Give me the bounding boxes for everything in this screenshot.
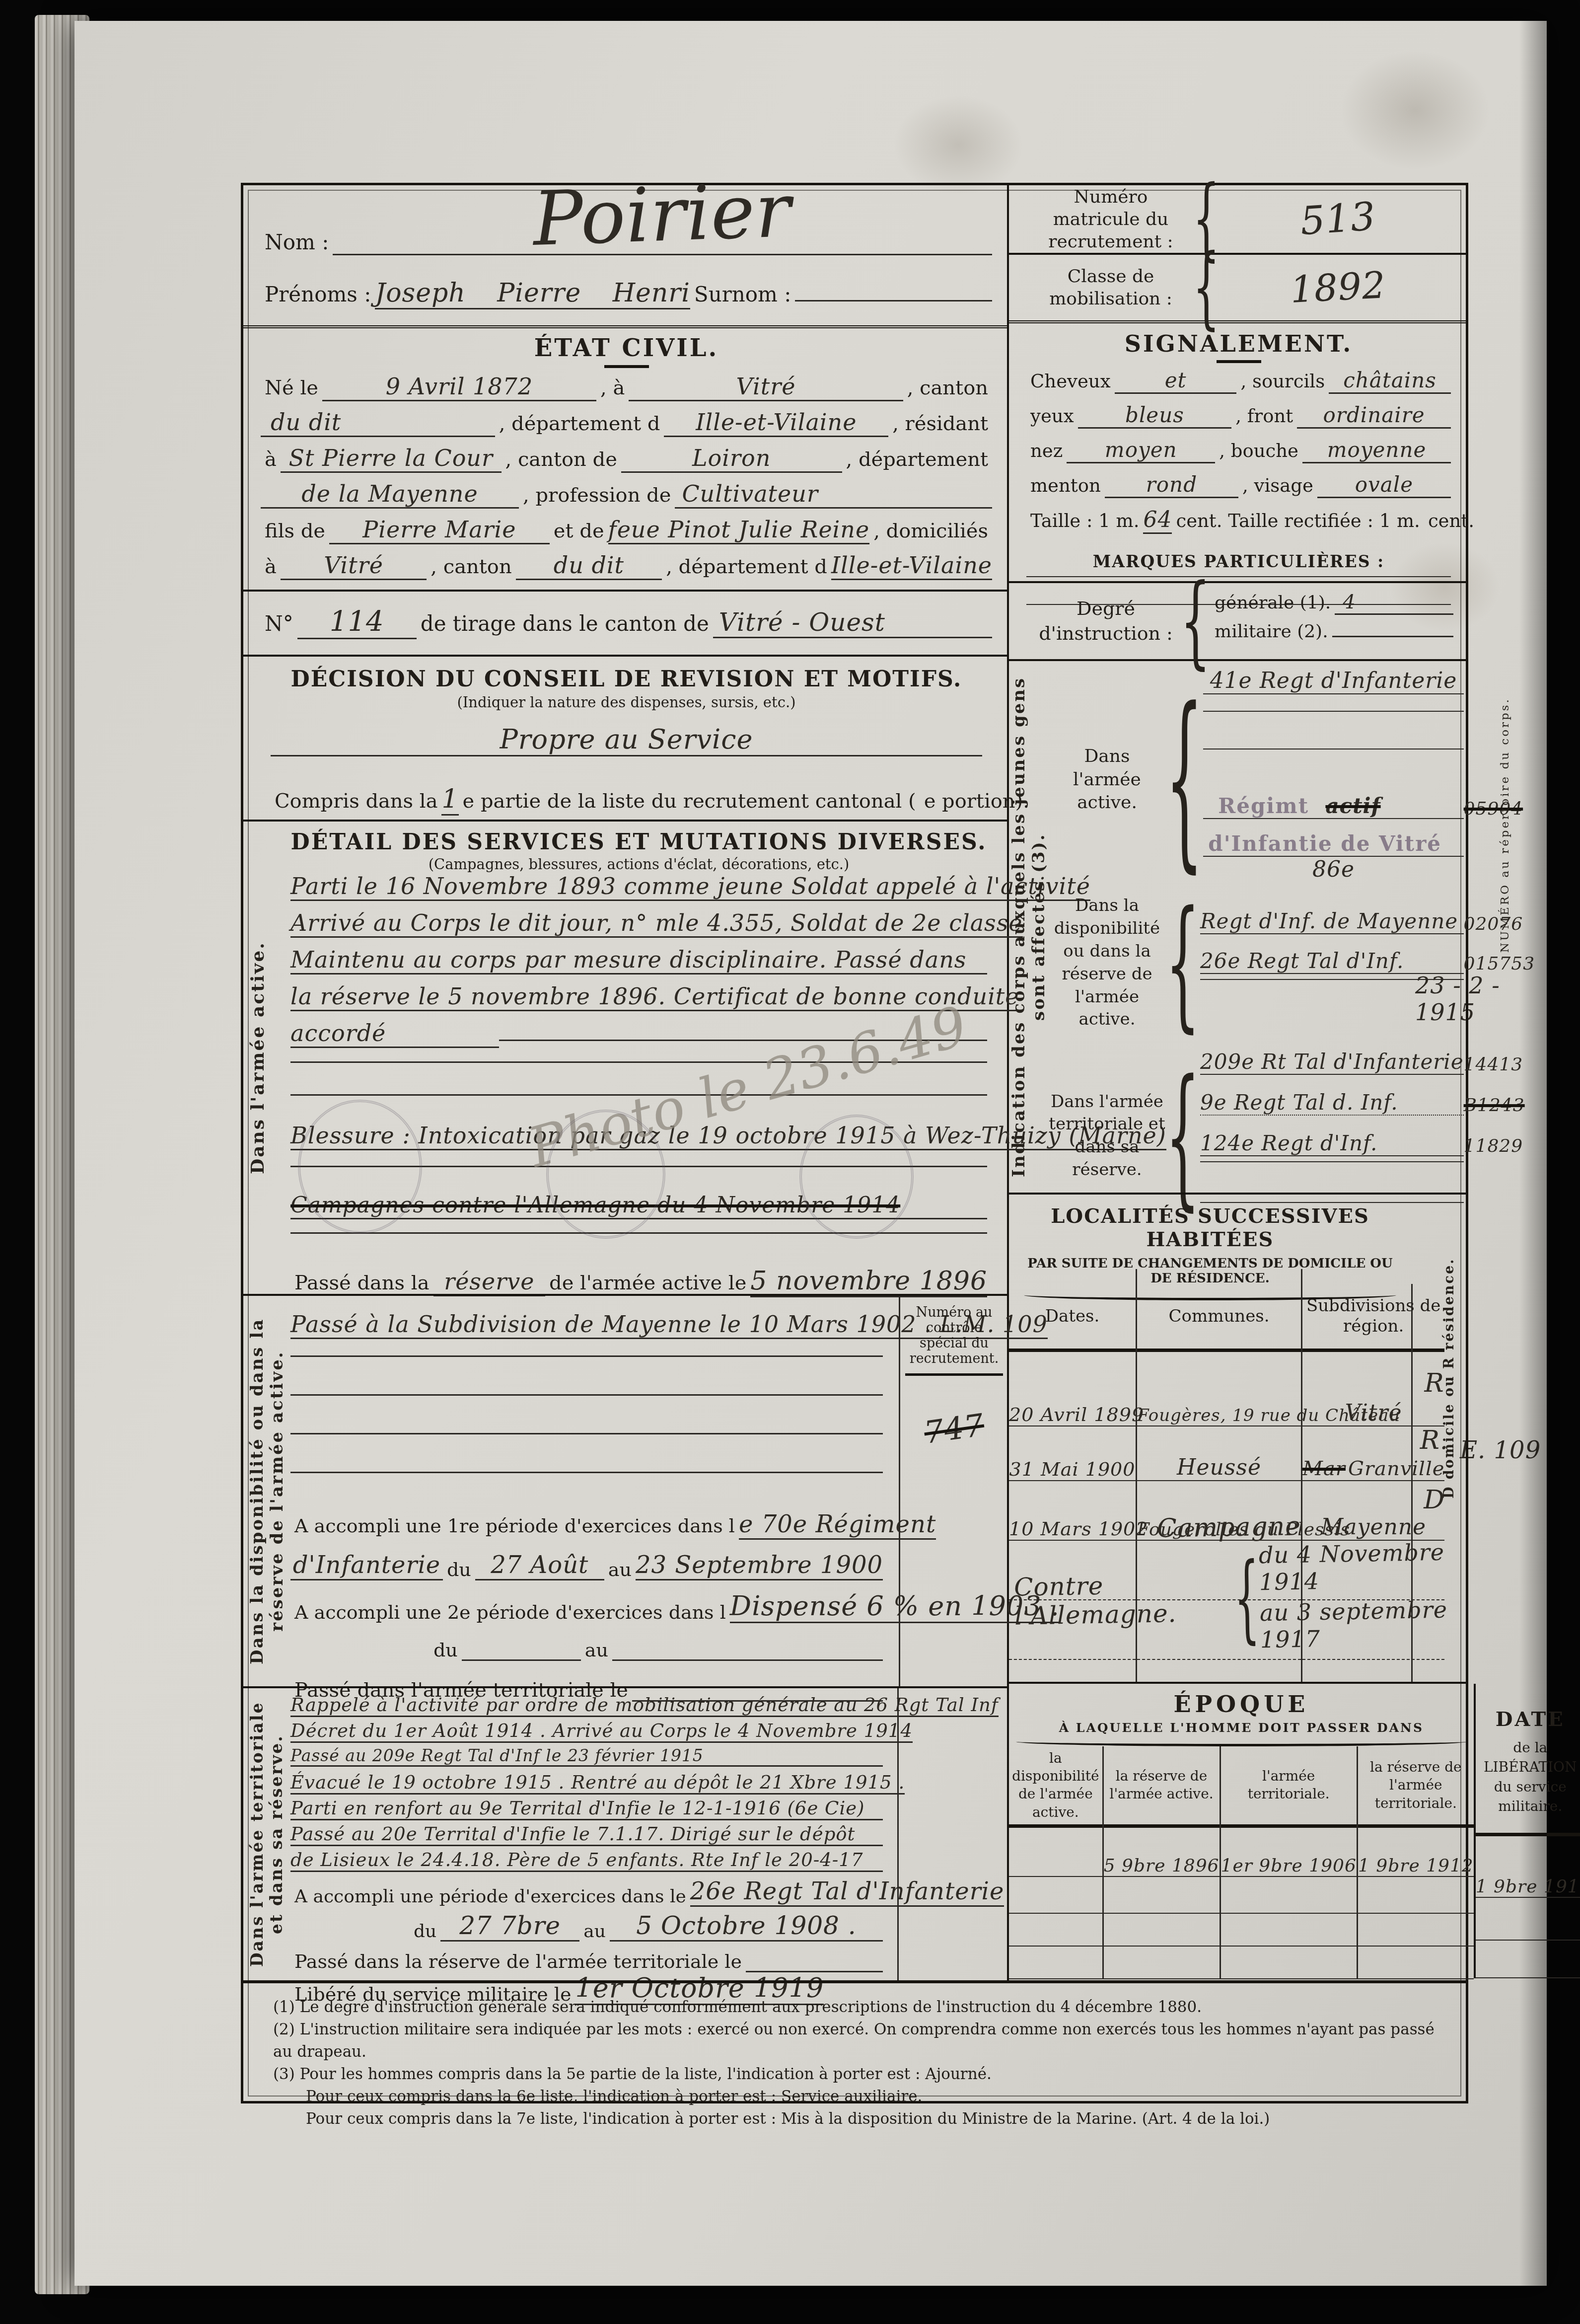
- localites-title: LOCALITÉS SUCCESSIVES HABITÉES: [1019, 1204, 1401, 1251]
- etat-civil-section: ÉTAT CIVIL. Né le 9 Avril 1872 , à Vitré…: [243, 325, 1007, 590]
- terr-periode-end: 5 Octobre 1908 .: [610, 1911, 883, 1942]
- controle-strip: Numéro au contrôle spécial du recrutemen…: [899, 1296, 1007, 1686]
- matricule-block: Numéro matricule du recrutement : { 513: [1009, 185, 1466, 255]
- corps-row-num-struck: B1243: [1464, 1095, 1528, 1116]
- services-section: Dans l'armée active. DÉTAIL DES SERVICES…: [243, 820, 1007, 1294]
- compris-mid-label: e partie de la liste du recrutement cant…: [459, 790, 920, 813]
- disponibilite-section: Dans la disponibilité ou dans la réserve…: [243, 1294, 1007, 1686]
- passe-reserve-date: 5 novembre 1896: [750, 1266, 987, 1297]
- corps-dispo-group: Dans la disponibilité ou dans la réserve…: [1049, 895, 1528, 1031]
- corps-row-text: 26e Regt Tal d'Inf.: [1200, 949, 1464, 974]
- compris-value: 1: [441, 784, 458, 816]
- instruction-label: Degré d'instruction :: [1031, 597, 1180, 646]
- decision-subtitle: (Indiquer la nature des dispenses, sursi…: [271, 694, 982, 711]
- et-de-label: et de: [550, 520, 608, 542]
- terr-line: Décret du 1er Août 1914 . Arrivé au Corp…: [290, 1720, 913, 1743]
- epoque-value: 1er 9bre 1906: [1221, 1856, 1357, 1877]
- canton3-label: , canton: [427, 555, 515, 578]
- decision-value: Propre au Service: [271, 724, 982, 756]
- ruled-line: [290, 1350, 883, 1357]
- ruled-line: [290, 1389, 883, 1396]
- nom-value: Poirier: [532, 181, 792, 249]
- terr-au-label: au: [579, 1921, 610, 1942]
- yeux-label: yeux: [1026, 405, 1078, 427]
- departement3-label: , département d: [662, 555, 831, 578]
- sourcils-label: , sourcils: [1236, 371, 1329, 392]
- epoque-col-2: la réserve de l'armée active. 5 9bre 189…: [1104, 1746, 1221, 1979]
- corps-company-value: 86e: [1203, 857, 1463, 882]
- decision-title: DÉCISION DU CONSEIL DE REVISION ET MOTIF…: [271, 667, 982, 692]
- signalement-section: SIGNALEMENT. Cheveux et , sourcils châta…: [1009, 323, 1466, 583]
- domicilies-label: , domiciliés: [869, 520, 992, 542]
- campagne-start: du 4 Novembre 1914: [1259, 1538, 1466, 1595]
- terr-line: Parti en renfort au 9e Territal d'Infie …: [290, 1798, 883, 1820]
- terr-line: Passé au 209e Regt Tal d'Inf le 23 févri…: [290, 1746, 883, 1767]
- numero-tirage-label: N°: [261, 611, 297, 636]
- cheveux-value: et: [1115, 368, 1237, 394]
- numero-tirage-value: 114: [297, 605, 417, 639]
- service-line: accordé: [290, 1020, 499, 1048]
- residence-value: St Pierre la Cour: [281, 445, 502, 473]
- yeux-value: bleus: [1078, 403, 1232, 429]
- terr-line: de Lisieux le 24.4.18. Père de 5 enfants…: [290, 1849, 883, 1872]
- corps-section: Indication des corps auxquels les jeunes…: [1009, 661, 1466, 1193]
- stamp-actif-struck: actif: [1325, 794, 1380, 818]
- passe-reserve-value1: réserve: [433, 1268, 546, 1296]
- surnom-label: Surnom :: [690, 282, 795, 306]
- service-line: Arrivé au Corps le dit jour, n° mle 4.35…: [290, 909, 1023, 938]
- footnote-2: (2) L'instruction militaire sera indiqué…: [273, 2019, 1446, 2063]
- passe-reserve-mid: de l'armée active le: [545, 1272, 750, 1294]
- terr-line: Évacué le 19 octobre 1915 . Rentré au dé…: [290, 1772, 905, 1795]
- corps-row-num: 11829: [1464, 1136, 1528, 1156]
- compris-label: Compris dans la: [271, 790, 441, 813]
- epoque-col-header: l'armée territoriale.: [1221, 1746, 1357, 1828]
- taille-rectifiee-label: cent. Taille rectifiée : 1 m.: [1172, 510, 1424, 531]
- footnote-3: (3) Pour les hommes compris dans la 5e p…: [273, 2063, 1446, 2086]
- epoque-section: ÉPOQUE À LAQUELLE L'HOMME DOIT PASSER DA…: [1009, 1682, 1466, 1978]
- campagne-target: Contre l'Allemagne.: [1014, 1569, 1225, 1630]
- a-label: , à: [596, 376, 629, 399]
- epoque-value: 1 9bre 1912: [1358, 1856, 1474, 1877]
- territoriale-section: Dans l'armée territoriale et dans sa rés…: [243, 1686, 1007, 1980]
- cent-label: cent.: [1424, 510, 1478, 531]
- classe-block: Classe de mobilisation : { 1892: [1009, 255, 1466, 323]
- loc-date: 20 Avril 1899: [1009, 1404, 1144, 1426]
- prenoms-label: Prénoms :: [261, 282, 375, 306]
- cheveux-label: Cheveux: [1026, 371, 1115, 392]
- taille-value: 64: [1143, 507, 1172, 534]
- tirage-block: N° 114 de tirage dans le canton de Vitré…: [243, 590, 1007, 655]
- regiment-stamp-line2: d'Infantie de Vitré: [1203, 831, 1463, 857]
- ruled-blank: [462, 1654, 581, 1661]
- campagne-end: au 3 septembre 1917: [1260, 1596, 1467, 1653]
- epoque-col-1: la disponibilité de l'armée active.: [1009, 1746, 1104, 1979]
- front-value: ordinaire: [1297, 403, 1451, 429]
- terr-reserve-label: Passé dans la réserve de l'armée territo…: [290, 1950, 746, 1972]
- au2-label: au: [581, 1639, 612, 1661]
- classe-value: 1892: [1219, 260, 1457, 315]
- localites-section: LOCALITÉS SUCCESSIVES HABITÉES PAR SUITE…: [1009, 1193, 1466, 1682]
- corps-active-label: Dans l'armée active.: [1049, 745, 1165, 815]
- departement2-label: , département: [842, 448, 992, 471]
- canton-residence-value: Loiron: [621, 445, 842, 473]
- parents-departement-value: Ille-et-Vilaine: [831, 552, 992, 580]
- father-name-value: Pierre Marie: [329, 516, 550, 544]
- corps-row-text: 209e Rt Tal d'Infanterie: [1200, 1050, 1464, 1075]
- margin-note-e109: E. 109: [1460, 1436, 1541, 1464]
- matricule-label: Numéro matricule du recrutement :: [1029, 186, 1193, 253]
- departement-residence-value: de la Mayenne: [261, 480, 519, 509]
- instruction-generale-value: 4: [1335, 591, 1453, 615]
- postal-stamp: [298, 1100, 422, 1234]
- instruction-block: Degré d'instruction : { générale (1). 4 …: [1009, 583, 1466, 661]
- profession-label: , profession de: [519, 484, 675, 507]
- service-line: Maintenu au corps par mesure disciplinai…: [290, 946, 987, 975]
- ruled-blank: [746, 1966, 883, 1972]
- signalement-title: SIGNALEMENT.: [1026, 330, 1451, 357]
- canton-de-label: , canton de: [502, 448, 621, 471]
- terr-du-label: du: [410, 1921, 440, 1942]
- footnote-1: (1) Le degré d'instruction générale sera…: [273, 1996, 1446, 2019]
- title-dash: [604, 365, 649, 368]
- corps-row-text: 9e Regt Tal d. Inf.: [1200, 1090, 1464, 1116]
- residence-a-label: à: [261, 448, 281, 471]
- terr-periode-start: 27 7bre: [440, 1911, 579, 1942]
- epoque-col-header: la réserve de l'armée active.: [1104, 1746, 1220, 1828]
- periode1-regiment2: d'Infanterie: [290, 1551, 443, 1580]
- marques-label: MARQUES PARTICULIÈRES :: [1026, 552, 1451, 571]
- swash-rule: [1016, 1737, 1467, 1746]
- front-label: , front: [1231, 405, 1297, 427]
- scanned-page: 23 - 2 - 1915 E. 109 Nom : Poirier Préno…: [74, 21, 1547, 2286]
- au-label: au: [604, 1559, 636, 1580]
- epoque-date-col: DATE de la LIBÉRATION du service militai…: [1474, 1684, 1580, 1978]
- ruled-blank: [612, 1654, 883, 1661]
- brace: {: [1233, 1542, 1261, 1653]
- matricule-value: 513: [1219, 189, 1457, 250]
- services-subtitle: (Campagnes, blessures, actions d'éclat, …: [290, 856, 987, 873]
- name-block: Nom : Poirier Prénoms : Joseph Pierre He…: [243, 185, 1007, 325]
- footnote-4: Pour ceux compris dans la 6e liste, l'in…: [273, 2086, 1446, 2108]
- du2-label: du: [430, 1639, 462, 1661]
- campagne-word: Campagne: [1157, 1508, 1465, 1544]
- surnom-value-blank: [795, 295, 992, 301]
- instruction-generale-label: générale (1).: [1211, 593, 1335, 613]
- ruled-line: [290, 1467, 883, 1473]
- controle-label: Numéro au contrôle spécial du recrutemen…: [905, 1305, 1003, 1376]
- campagne-overlay: Campagne Contre l'Allemagne. { du 4 Nove…: [1008, 1508, 1467, 1657]
- ne-le-label: Né le: [261, 376, 322, 399]
- epoque-title: ÉPOQUE: [1009, 1691, 1474, 1718]
- corps-active-group: Dans l'armée active. { 41e Regt d'Infant…: [1049, 668, 1528, 892]
- passe-reserve-label: Passé dans la: [290, 1272, 433, 1294]
- visage-value: ovale: [1317, 472, 1451, 498]
- ruled-line: [290, 1428, 883, 1434]
- loc-subdiv-struck: Mar: [1302, 1457, 1346, 1480]
- right-column: Numéro matricule du recrutement : { 513 …: [1009, 185, 1466, 1980]
- du-label: du: [443, 1559, 475, 1580]
- corps-side-label: Indication des corps auxquels les jeunes…: [1009, 661, 1049, 1193]
- footnote-5: Pour ceux compris dans la 7e liste, l'in…: [273, 2108, 1446, 2130]
- epoque-subtitle: À LAQUELLE L'HOMME DOIT PASSER DANS: [1009, 1721, 1474, 1735]
- brace: {: [1165, 880, 1200, 1046]
- corps-row-num: 02076: [1464, 914, 1528, 934]
- taille-label: Taille : 1 m.: [1026, 510, 1143, 531]
- bouche-label: , bouche: [1215, 440, 1302, 461]
- matricule-form: Nom : Poirier Prénoms : Joseph Pierre He…: [241, 183, 1468, 2103]
- canton-label: , canton: [903, 376, 992, 399]
- brace: {: [1165, 670, 1203, 891]
- dispo-side-label: Dans la disponibilité ou dans la réserve…: [247, 1296, 287, 1686]
- menton-label: menton: [1026, 475, 1105, 496]
- loc-dr: R.: [1413, 1425, 1456, 1455]
- nez-value: moyen: [1067, 438, 1215, 463]
- date-title: DATE: [1496, 1708, 1565, 1731]
- bouche-value: moyenne: [1302, 438, 1451, 463]
- postal-stamp: [799, 1115, 914, 1239]
- epoque-col-header: la réserve de l'armée territoriale.: [1358, 1746, 1474, 1828]
- epoque-col-3: l'armée territoriale. 1er 9bre 1906: [1221, 1746, 1358, 1979]
- mother-name-value: feue Pinot Julie Reine: [608, 516, 870, 544]
- periode1-end: 23 Septembre 1900: [636, 1551, 883, 1580]
- etat-civil-title: ÉTAT CIVIL.: [261, 334, 992, 362]
- corps-row-text: Regt d'Inf. de Mayenne: [1200, 909, 1464, 934]
- periode2-label: A accompli une 2e période d'exercices da…: [290, 1601, 730, 1623]
- nez-label: nez: [1026, 440, 1067, 461]
- periode1-label: A accompli une 1re période d'exercices d…: [290, 1515, 739, 1537]
- service-line: Parti le 16 Novembre 1893 comme jeune So…: [290, 873, 1090, 901]
- profession-value: Cultivateur: [675, 480, 992, 509]
- parents-canton-value: du dit: [516, 552, 662, 580]
- canton-value: du dit: [261, 409, 495, 437]
- departement-label: , département d: [495, 412, 664, 435]
- col-communes-header: Communes.: [1137, 1284, 1301, 1352]
- corps-row-num: 14413: [1464, 1054, 1528, 1075]
- left-column: Nom : Poirier Prénoms : Joseph Pierre He…: [243, 185, 1009, 1980]
- corps-num-struck: 05904: [1464, 799, 1528, 819]
- regiment-stamp-line1: Régimt: [1218, 794, 1309, 818]
- epoque-col-header: la disponibilité de l'armée active.: [1009, 1746, 1102, 1828]
- corps-dispo-label: Dans la disponibilité ou dans la réserve…: [1049, 895, 1165, 1031]
- terr-line: Rappelé à l'activité par ordre de mobili…: [290, 1694, 999, 1717]
- ruled-line: [1026, 571, 1451, 577]
- controle-value: 747: [903, 1404, 1005, 1454]
- visage-label: , visage: [1238, 475, 1317, 496]
- classe-label: Classe de mobilisation :: [1029, 265, 1193, 310]
- footnotes: (1) Le degré d'instruction générale sera…: [243, 1980, 1466, 2101]
- tirage-canton-value: Vitré - Ouest: [713, 608, 992, 638]
- title-dash: [1217, 360, 1261, 363]
- instruction-militaire-blank: [1332, 631, 1453, 637]
- decision-section: DÉCISION DU CONSEIL DE REVISION ET MOTIF…: [243, 655, 1007, 820]
- birth-date-value: 9 Avril 1872: [322, 373, 596, 401]
- terr-periode-label: A accompli une période d'exercices dans …: [290, 1886, 690, 1907]
- prenoms-value: Joseph Pierre Henri: [375, 278, 690, 308]
- corps-terr-label: Dans l'armée territoriale et dans sa rés…: [1049, 1091, 1165, 1182]
- col-dates-header: Dates.: [1009, 1284, 1136, 1352]
- terr-side-label: Dans l'armée territoriale et dans sa rés…: [247, 1688, 286, 1980]
- loc-dr: R: [1413, 1368, 1456, 1398]
- epoque-value: 5 9bre 1896: [1104, 1856, 1220, 1877]
- corps-numero-label: NUMÉRO au répertoire du corps.: [1499, 671, 1511, 979]
- corps-row-num: 015753: [1464, 954, 1528, 974]
- epoque-col-4: la réserve de l'armée territoriale. 1 9b…: [1358, 1746, 1474, 1979]
- domicile-a-label: à: [261, 555, 281, 578]
- departement-value: Ille-et-Vilaine: [664, 409, 888, 437]
- services-side-label: Dans l'armée active.: [247, 822, 268, 1294]
- fils-de-label: fils de: [261, 520, 329, 542]
- loc-commune: Heussé: [1137, 1455, 1301, 1481]
- menton-value: rond: [1105, 472, 1238, 498]
- paper-stain: [894, 95, 1023, 195]
- date-subtitle: de la LIBÉRATION du service militaire.: [1476, 1738, 1580, 1816]
- liberation-date-value: 1 9bre 1918: [1476, 1876, 1580, 1898]
- services-title: DÉTAIL DES SERVICES ET MUTATIONS DIVERSE…: [290, 829, 987, 855]
- corps-active-value: 41e Regt d'Infanterie: [1203, 668, 1463, 694]
- periode1-start: 27 Août: [475, 1551, 604, 1580]
- loc-date: 31 Mai 1900: [1009, 1458, 1136, 1481]
- instruction-militaire-label: militaire (2).: [1211, 621, 1332, 642]
- birth-place-value: Vitré: [629, 373, 903, 401]
- controle-strip-cont: [897, 1688, 1007, 1980]
- terr-line: Passé au 20e Territal d'Infie le 7.1.17.…: [290, 1823, 883, 1846]
- sourcils-value: châtains: [1329, 368, 1451, 394]
- corps-row-text: 124e Regt d'Inf.: [1200, 1131, 1464, 1156]
- postal-stamp: [546, 1110, 665, 1239]
- paper-stain: [1341, 51, 1490, 170]
- tirage-text: de tirage dans le canton de: [417, 611, 713, 636]
- nom-label: Nom :: [261, 230, 333, 254]
- scanned-document: { "header": { "nom_label": "Nom :", "nom…: [0, 0, 1580, 2324]
- residant-label: , résidant: [888, 412, 992, 435]
- parents-domicile-value: Vitré: [281, 552, 427, 580]
